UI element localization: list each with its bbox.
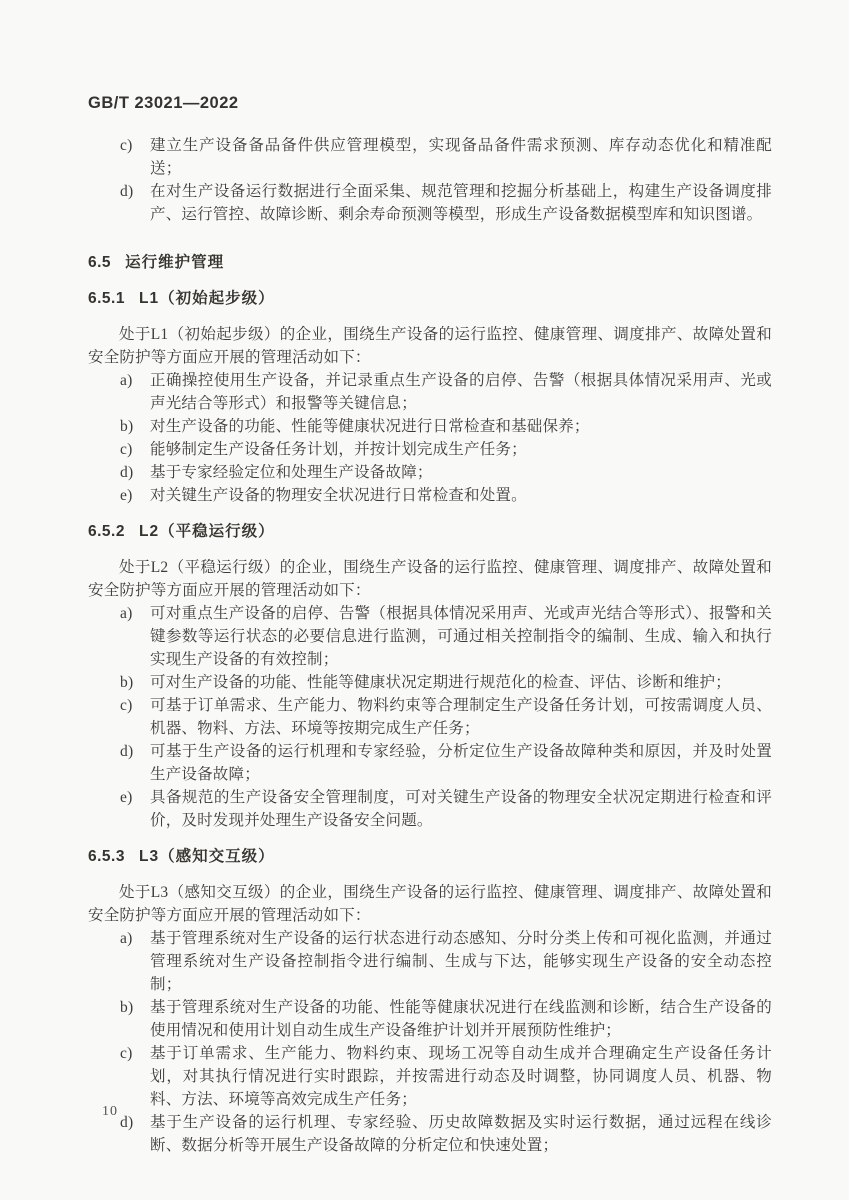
document-page: GB/T 23021—2022 c)建立生产设备备品备件供应管理模型，实现备品备… (0, 0, 849, 1200)
section-heading: 6.5.3L3（感知交互级） (88, 845, 772, 868)
list-item-text: 可基于生产设备的运行机理和专家经验，分析定位生产设备故障种类和原因，并及时处置生… (150, 740, 772, 786)
document-body: c)建立生产设备备品备件供应管理模型，实现备品备件需求预测、库存动态优化和精准配… (88, 134, 772, 1157)
list-item-text: 正确操控使用生产设备，并记录重点生产设备的启停、告警（根据具体情况采用声、光或声… (150, 369, 772, 415)
list-item-label: b) (120, 996, 150, 1019)
section-title: L1（初始起步级） (139, 290, 275, 307)
list-item-label: d) (120, 180, 150, 203)
list-item-text: 可对生产设备的功能、性能等健康状况定期进行规范化的检查、评估、诊断和维护； (150, 671, 772, 694)
ordered-list: a)可对重点生产设备的启停、告警（根据具体情况采用声、光或声光结合等形式）、报警… (88, 602, 772, 832)
list-item-text: 可对重点生产设备的启停、告警（根据具体情况采用声、光或声光结合等形式）、报警和关… (150, 602, 772, 671)
list-item-label: a) (120, 369, 150, 392)
section-title: L3（感知交互级） (139, 848, 275, 865)
ordered-list: a)基于管理系统对生产设备的运行状态进行动态感知、分时分类上传和可视化监测，并通… (88, 927, 772, 1157)
list-item: d)可基于生产设备的运行机理和专家经验，分析定位生产设备故障种类和原因，并及时处… (88, 740, 772, 786)
paragraph: 处于L1（初始起步级）的企业，围绕生产设备的运行监控、健康管理、调度排产、故障处… (88, 323, 772, 369)
section-number: 6.5 (88, 251, 111, 274)
list-item-text: 基于生产设备的运行机理、专家经验、历史故障数据及实时运行数据，通过远程在线诊断、… (150, 1111, 772, 1157)
list-item: b)对生产设备的功能、性能等健康状况进行日常检查和基础保养； (88, 415, 772, 438)
section-title: L2（平稳运行级） (139, 523, 275, 540)
section-number: 6.5.3 (88, 845, 125, 868)
list-item-text: 在对生产设备运行数据进行全面采集、规范管理和挖掘分析基础上，构建生产设备调度排产… (150, 180, 772, 226)
ordered-list: c)建立生产设备备品备件供应管理模型，实现备品备件需求预测、库存动态优化和精准配… (88, 134, 772, 226)
list-item: c)可基于订单需求、生产能力、物料约束等合理制定生产设备任务计划，可按需调度人员… (88, 694, 772, 740)
list-item-text: 基于管理系统对生产设备的运行状态进行动态感知、分时分类上传和可视化监测，并通过管… (150, 927, 772, 996)
section-heading: 6.5.2L2（平稳运行级） (88, 520, 772, 543)
section-heading: 6.5.1L1（初始起步级） (88, 287, 772, 310)
list-item-label: a) (120, 927, 150, 950)
list-item-text: 建立生产设备备品备件供应管理模型，实现备品备件需求预测、库存动态优化和精准配送； (150, 134, 772, 180)
section-number: 6.5.1 (88, 287, 125, 310)
list-item-label: c) (120, 438, 150, 461)
section-heading: 6.5运行维护管理 (88, 251, 772, 274)
page-number: 10 (102, 1104, 118, 1120)
list-item-text: 基于订单需求、生产能力、物料约束、现场工况等自动生成并合理确定生产设备任务计划，… (150, 1042, 772, 1111)
list-item: a)基于管理系统对生产设备的运行状态进行动态感知、分时分类上传和可视化监测，并通… (88, 927, 772, 996)
ordered-list: a)正确操控使用生产设备，并记录重点生产设备的启停、告警（根据具体情况采用声、光… (88, 369, 772, 507)
section-title: 运行维护管理 (125, 254, 224, 271)
list-item: c)建立生产设备备品备件供应管理模型，实现备品备件需求预测、库存动态优化和精准配… (88, 134, 772, 180)
list-item-label: e) (120, 786, 150, 809)
list-item-label: c) (120, 694, 150, 717)
list-item: d)在对生产设备运行数据进行全面采集、规范管理和挖掘分析基础上，构建生产设备调度… (88, 180, 772, 226)
list-item: b)基于管理系统对生产设备的功能、性能等健康状况进行在线监测和诊断，结合生产设备… (88, 996, 772, 1042)
list-item-label: c) (120, 1042, 150, 1065)
list-item-text: 对生产设备的功能、性能等健康状况进行日常检查和基础保养； (150, 415, 772, 438)
list-item-label: d) (120, 740, 150, 763)
paragraph: 处于L3（感知交互级）的企业，围绕生产设备的运行监控、健康管理、调度排产、故障处… (88, 881, 772, 927)
list-item-text: 对关键生产设备的物理安全状况进行日常检查和处置。 (150, 484, 772, 507)
list-item-label: d) (120, 461, 150, 484)
list-item: a)可对重点生产设备的启停、告警（根据具体情况采用声、光或声光结合等形式）、报警… (88, 602, 772, 671)
list-item: d)基于专家经验定位和处理生产设备故障； (88, 461, 772, 484)
list-item: d)基于生产设备的运行机理、专家经验、历史故障数据及实时运行数据，通过远程在线诊… (88, 1111, 772, 1157)
list-item-text: 基于管理系统对生产设备的功能、性能等健康状况进行在线监测和诊断，结合生产设备的使… (150, 996, 772, 1042)
document-code: GB/T 23021—2022 (88, 94, 239, 113)
list-item: c)基于订单需求、生产能力、物料约束、现场工况等自动生成并合理确定生产设备任务计… (88, 1042, 772, 1111)
list-item: e)对关键生产设备的物理安全状况进行日常检查和处置。 (88, 484, 772, 507)
list-item: b)可对生产设备的功能、性能等健康状况定期进行规范化的检查、评估、诊断和维护； (88, 671, 772, 694)
list-item-label: a) (120, 602, 150, 625)
section-number: 6.5.2 (88, 520, 125, 543)
paragraph: 处于L2（平稳运行级）的企业，围绕生产设备的运行监控、健康管理、调度排产、故障处… (88, 556, 772, 602)
list-item-label: e) (120, 484, 150, 507)
list-item-label: b) (120, 671, 150, 694)
list-item: a)正确操控使用生产设备，并记录重点生产设备的启停、告警（根据具体情况采用声、光… (88, 369, 772, 415)
list-item-text: 具备规范的生产设备安全管理制度，可对关键生产设备的物理安全状况定期进行检查和评价… (150, 786, 772, 832)
list-item-label: b) (120, 415, 150, 438)
list-item: e)具备规范的生产设备安全管理制度，可对关键生产设备的物理安全状况定期进行检查和… (88, 786, 772, 832)
list-item-text: 可基于订单需求、生产能力、物料约束等合理制定生产设备任务计划，可按需调度人员、机… (150, 694, 772, 740)
list-item: c)能够制定生产设备任务计划，并按计划完成生产任务； (88, 438, 772, 461)
list-item-text: 能够制定生产设备任务计划，并按计划完成生产任务； (150, 438, 772, 461)
list-item-label: c) (120, 134, 150, 157)
list-item-text: 基于专家经验定位和处理生产设备故障； (150, 461, 772, 484)
list-item-label: d) (120, 1111, 150, 1134)
